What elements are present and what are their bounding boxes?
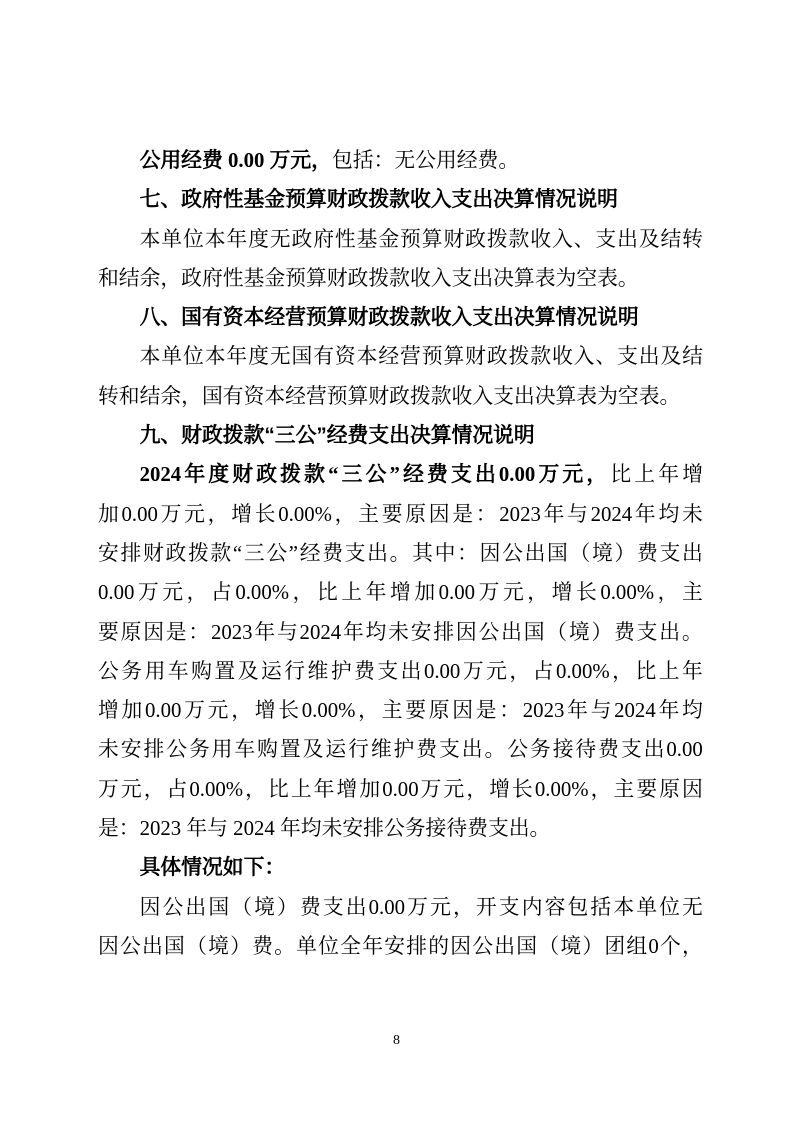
text-segment: 。 bbox=[484, 730, 505, 769]
text-segment: 主 bbox=[613, 770, 634, 809]
text-segment: 万 bbox=[184, 691, 205, 730]
text-segment: 境 bbox=[569, 613, 590, 652]
text-segment: 车 bbox=[168, 652, 189, 691]
text-segment: 政 bbox=[487, 337, 508, 376]
text-segment: 安 bbox=[384, 927, 405, 966]
text-segment: 0.00 bbox=[382, 770, 418, 809]
text-segment: 护 bbox=[331, 652, 352, 691]
text-segment: ， bbox=[612, 652, 633, 691]
text-segment: 原 bbox=[659, 770, 680, 809]
text-segment: 营 bbox=[400, 337, 421, 376]
text-segment: 年 bbox=[343, 613, 364, 652]
text-segment: 。 bbox=[274, 927, 295, 966]
text-segment: 2023 bbox=[211, 613, 253, 652]
text-segment: 长 bbox=[512, 770, 533, 809]
text-segment: ， bbox=[231, 691, 252, 730]
text-segment: “ bbox=[233, 534, 242, 573]
text-segment: 度 bbox=[208, 455, 229, 494]
text-segment: 上 bbox=[634, 455, 655, 494]
text-segment: 国 bbox=[164, 927, 185, 966]
text-segment: 元 bbox=[162, 573, 183, 612]
text-segment: 支 bbox=[499, 888, 520, 927]
text-line: 和结余，政府性基金预算财政拨款收入支出决算表为空表。 bbox=[98, 259, 703, 298]
text-segment: ， bbox=[682, 927, 703, 966]
text-segment: 出 bbox=[659, 613, 680, 652]
text-segment: 运 bbox=[325, 730, 346, 769]
text-segment: 0.00 bbox=[666, 730, 702, 769]
text-segment: 年 bbox=[658, 691, 679, 730]
text-segment: 0.00% bbox=[235, 573, 289, 612]
text-segment: 全 bbox=[340, 927, 361, 966]
text-segment: 因 bbox=[429, 495, 450, 534]
text-segment: 出 bbox=[462, 730, 483, 769]
text-segment: 费 bbox=[614, 613, 635, 652]
text-line: 2024年度财政拨款“三公”经费支出0.00万元，比上年增 bbox=[98, 455, 703, 494]
text-segment: 务 bbox=[121, 652, 142, 691]
text-segment: 长 bbox=[278, 691, 299, 730]
text-segment: 中 bbox=[435, 534, 456, 573]
text-segment: 均 bbox=[366, 613, 387, 652]
text-segment: 年 bbox=[254, 613, 275, 652]
text-segment: 款 bbox=[304, 455, 325, 494]
text-segment: 均 bbox=[682, 691, 703, 730]
text-line: 公用经费 0.00 万元，包括：无公用经费。 bbox=[98, 141, 703, 180]
text-segment: 与 bbox=[567, 495, 588, 534]
text-segment: 要 bbox=[98, 613, 119, 652]
text-segment: 款 bbox=[509, 220, 530, 259]
text-segment: 上 bbox=[341, 573, 362, 612]
text-segment: 无 bbox=[270, 220, 291, 259]
text-segment: 支 bbox=[595, 220, 616, 259]
text-segment: 费 bbox=[252, 927, 273, 966]
text-segment: 经 bbox=[300, 534, 321, 573]
text-segment: 0 bbox=[648, 927, 658, 966]
text-segment: ， bbox=[245, 770, 266, 809]
text-segment: 增 bbox=[552, 573, 573, 612]
text-segment: 八、国有资本经营预算财政拨款收入支出决算情况说明 bbox=[140, 306, 639, 329]
text-segment: 占 bbox=[533, 652, 554, 691]
text-line: 具体情况如下： bbox=[98, 848, 703, 887]
text-segment: 支 bbox=[345, 534, 366, 573]
text-segment: 出 bbox=[367, 534, 388, 573]
text-segment: 政 bbox=[256, 455, 277, 494]
text-segment: 0.00 bbox=[98, 573, 134, 612]
text-segment: ” bbox=[390, 455, 400, 494]
text-segment: 。 bbox=[390, 534, 411, 573]
text-segment: 是 bbox=[476, 691, 497, 730]
text-segment: 度 bbox=[248, 220, 269, 259]
text-segment: 三 bbox=[342, 455, 363, 494]
text-segment: 支 bbox=[637, 613, 658, 652]
text-segment: ， bbox=[187, 573, 208, 612]
text-segment: 原 bbox=[405, 495, 426, 534]
text-segment: 置 bbox=[214, 652, 235, 691]
text-segment: 的 bbox=[428, 927, 449, 966]
text-segment: 费 bbox=[427, 455, 448, 494]
text-segment: 三 bbox=[244, 534, 265, 573]
text-segment: 元 bbox=[208, 691, 229, 730]
text-segment: 未 bbox=[388, 613, 409, 652]
text-segment: 务 bbox=[189, 730, 210, 769]
text-segment: 比 bbox=[268, 770, 289, 809]
text-segment: 出 bbox=[346, 888, 367, 927]
text-segment: 公 bbox=[163, 888, 184, 927]
text-segment: 支 bbox=[659, 534, 680, 573]
text-segment: 置 bbox=[280, 730, 301, 769]
text-segment: 费 bbox=[300, 888, 321, 927]
text-segment: 本 bbox=[140, 337, 161, 376]
text-segment: 万 bbox=[479, 573, 500, 612]
text-segment: 0.00 bbox=[122, 495, 158, 534]
text-segment: 排 bbox=[406, 927, 427, 966]
text-segment: 国 bbox=[547, 534, 568, 573]
text-segment: 拨 bbox=[509, 337, 530, 376]
text-segment: 支 bbox=[439, 730, 460, 769]
text-segment: 本 bbox=[357, 337, 378, 376]
text-segment: 支 bbox=[621, 730, 642, 769]
text-segment: ， bbox=[591, 770, 612, 809]
text-segment: 及 bbox=[238, 652, 259, 691]
text-segment: 转和结余，国有资本经营预算财政拨款收入支出决算表为空表。 bbox=[98, 385, 680, 408]
text-segment: （ bbox=[538, 927, 559, 966]
text-segment: 用 bbox=[145, 652, 166, 691]
text-segment: 增 bbox=[489, 770, 510, 809]
text-segment: 排 bbox=[143, 730, 164, 769]
text-segment: 预 bbox=[400, 220, 421, 259]
text-segment: 结 bbox=[660, 220, 681, 259]
text-segment: 0.00% bbox=[278, 495, 332, 534]
text-segment: 公 bbox=[479, 613, 500, 652]
text-segment: ， bbox=[509, 652, 530, 691]
text-segment: 年 bbox=[226, 220, 247, 259]
text-segment: 0.00% bbox=[535, 770, 589, 809]
text-segment: 购 bbox=[191, 652, 212, 691]
text-segment: 府 bbox=[313, 220, 334, 259]
text-segment: 年 bbox=[226, 337, 247, 376]
text-segment: 比 bbox=[635, 652, 656, 691]
text-line: 因公出国（境）费支出0.00万元，开支内容包括本单位无 bbox=[98, 888, 703, 927]
text-segment: 公 bbox=[472, 927, 493, 966]
text-segment: 算 bbox=[443, 337, 464, 376]
text-segment: 年 bbox=[362, 927, 383, 966]
text-line: 未安排公务用车购置及运行维护费支出。公务接待费支出0.00 bbox=[98, 730, 703, 769]
text-segment: ） bbox=[230, 927, 251, 966]
text-segment: 费 bbox=[637, 534, 658, 573]
text-segment: 比 bbox=[610, 455, 631, 494]
text-segment: 单 bbox=[161, 220, 182, 259]
text-segment: 安 bbox=[121, 730, 142, 769]
text-segment: 0.00 bbox=[424, 652, 460, 691]
text-segment: ） bbox=[615, 534, 636, 573]
text-segment: ， bbox=[358, 691, 379, 730]
text-segment: 2024 bbox=[591, 495, 633, 534]
text-segment: 元 bbox=[184, 495, 205, 534]
text-segment: 及 bbox=[639, 220, 660, 259]
text-segment: 与 bbox=[277, 613, 298, 652]
text-segment: 接 bbox=[553, 730, 574, 769]
text-segment: 括 bbox=[590, 888, 611, 927]
document-content: 公用经费 0.00 万元，包括：无公用经费。七、政府性基金预算财政拨款收入支出决… bbox=[98, 141, 703, 966]
text-segment: ， bbox=[527, 573, 548, 612]
text-segment: ） bbox=[277, 888, 298, 927]
text-segment: 有 bbox=[313, 337, 334, 376]
text-segment: 境 bbox=[254, 888, 275, 927]
text-line: 公务用车购置及运行维护费支出0.00万元，占0.00%，比上年 bbox=[98, 652, 703, 691]
text-segment: 用 bbox=[212, 730, 233, 769]
text-segment: 包括：无公用经费。 bbox=[332, 149, 519, 172]
text-segment: 主 bbox=[382, 691, 403, 730]
text-segment: 款 bbox=[210, 534, 231, 573]
text-segment: 公用经费 0.00 万元， bbox=[140, 149, 332, 172]
text-segment: 本 bbox=[140, 220, 161, 259]
text-segment: ， bbox=[453, 888, 474, 927]
text-segment: 比 bbox=[317, 573, 338, 612]
text-segment: 因 bbox=[682, 770, 703, 809]
text-segment: 待 bbox=[575, 730, 596, 769]
text-segment: 增 bbox=[682, 455, 703, 494]
text-segment: 2024 bbox=[140, 455, 182, 494]
text-segment: 务 bbox=[530, 730, 551, 769]
text-segment: 七、政府性基金预算财政拨款收入支出决算情况说明 bbox=[140, 188, 618, 211]
text-segment: 年 bbox=[635, 495, 656, 534]
text-segment: 维 bbox=[371, 730, 392, 769]
text-segment: 公 bbox=[502, 534, 523, 573]
text-segment: ， bbox=[208, 495, 229, 534]
text-segment: 要 bbox=[405, 691, 426, 730]
text-segment: 主 bbox=[682, 573, 703, 612]
text-segment: 金 bbox=[378, 220, 399, 259]
text-segment: 加 bbox=[122, 691, 143, 730]
text-segment: 拨 bbox=[188, 534, 209, 573]
text-segment: 年 bbox=[682, 652, 703, 691]
text-segment: 位 bbox=[183, 220, 204, 259]
text-segment: 公 bbox=[166, 730, 187, 769]
text-segment: ， bbox=[658, 573, 679, 612]
text-segment: 公 bbox=[366, 455, 387, 494]
text-segment: 出 bbox=[682, 534, 703, 573]
text-segment: 资 bbox=[335, 337, 356, 376]
text-segment: 转 bbox=[682, 220, 703, 259]
heading-line: 八、国有资本经营预算财政拨款收入支出决算情况说明 bbox=[98, 298, 703, 337]
text-segment: 费 bbox=[598, 730, 619, 769]
text-segment: 上 bbox=[291, 770, 312, 809]
text-segment: 年 bbox=[366, 573, 387, 612]
text-segment: 经 bbox=[378, 337, 399, 376]
text-segment: ， bbox=[335, 495, 356, 534]
text-segment: 出 bbox=[142, 927, 163, 966]
text-segment: 增 bbox=[98, 691, 119, 730]
text-segment: 出 bbox=[401, 652, 422, 691]
text-segment: 0.00% bbox=[556, 652, 610, 691]
text-segment: 加 bbox=[359, 770, 380, 809]
text-segment: 算 bbox=[422, 220, 443, 259]
text-segment: 万 bbox=[421, 770, 442, 809]
text-segment: 要 bbox=[382, 495, 403, 534]
text-segment: 因 bbox=[452, 691, 473, 730]
text-segment: 包 bbox=[568, 888, 589, 927]
text-segment: 与 bbox=[591, 691, 612, 730]
text-segment: ， bbox=[144, 770, 165, 809]
text-segment: 因 bbox=[480, 534, 501, 573]
text-segment: 万 bbox=[138, 573, 159, 612]
text-segment: ： bbox=[499, 691, 520, 730]
text-segment: 年 bbox=[567, 691, 588, 730]
text-line: 是：2023 年与 2024 年均未安排公务接待费支出。 bbox=[98, 809, 703, 848]
text-segment: 收 bbox=[530, 220, 551, 259]
text-segment: 2023 bbox=[523, 691, 565, 730]
text-segment: 公 bbox=[98, 652, 119, 691]
text-segment: ， bbox=[466, 770, 487, 809]
text-segment: 本 bbox=[205, 220, 226, 259]
text-segment: 是 bbox=[166, 613, 187, 652]
text-segment: 长 bbox=[255, 495, 276, 534]
text-segment: 2023 bbox=[499, 495, 541, 534]
text-segment: 组 bbox=[626, 927, 647, 966]
text-segment: 九、财政拨款“三公”经费支出决算情况说明 bbox=[140, 424, 535, 447]
text-segment: 安 bbox=[411, 613, 432, 652]
text-segment: 单 bbox=[636, 888, 657, 927]
text-segment: 是：2023 年与 2024 年均未安排公务接待费支出。 bbox=[98, 817, 550, 840]
text-segment: 增 bbox=[390, 573, 411, 612]
text-segment: 出 bbox=[639, 337, 660, 376]
text-line: 0.00万元，占0.00%，比上年增加0.00万元，增长0.00%，主 bbox=[98, 573, 703, 612]
text-segment: 年 bbox=[314, 770, 335, 809]
text-segment: 。 bbox=[682, 613, 703, 652]
text-line: 加0.00万元，增长0.00%，主要原因是：2023年与2024年均未 bbox=[98, 495, 703, 534]
text-segment: 万 bbox=[98, 770, 119, 809]
text-segment: 元 bbox=[444, 770, 465, 809]
text-segment: 均 bbox=[658, 495, 679, 534]
text-segment: 和结余，政府性基金预算财政拨款收入支出决算表为空表。 bbox=[98, 267, 639, 290]
text-segment: ） bbox=[591, 613, 612, 652]
text-segment: 出 bbox=[185, 888, 206, 927]
text-segment: 公 bbox=[120, 927, 141, 966]
text-segment: 费 bbox=[354, 652, 375, 691]
text-segment: 团 bbox=[604, 927, 625, 966]
text-segment: 车 bbox=[234, 730, 255, 769]
text-segment: 及 bbox=[660, 337, 681, 376]
text-segment: 基 bbox=[357, 220, 378, 259]
text-segment: 出 bbox=[475, 455, 496, 494]
text-segment: 要 bbox=[636, 770, 657, 809]
text-segment: 维 bbox=[308, 652, 329, 691]
text-segment: 护 bbox=[394, 730, 415, 769]
text-segment: 无 bbox=[270, 337, 291, 376]
text-segment: 因 bbox=[450, 927, 471, 966]
text-segment: 出 bbox=[644, 730, 665, 769]
text-segment: 2024 bbox=[614, 691, 656, 730]
text-segment: 境 bbox=[592, 534, 613, 573]
text-segment: 无 bbox=[682, 888, 703, 927]
text-segment: 财 bbox=[465, 337, 486, 376]
text-segment: 、 bbox=[574, 220, 595, 259]
text-segment: 支 bbox=[617, 337, 638, 376]
text-segment: （ bbox=[546, 613, 567, 652]
text-segment: 万 bbox=[538, 455, 559, 494]
text-segment: 元 bbox=[486, 652, 507, 691]
text-segment: 结 bbox=[682, 337, 703, 376]
text-segment: 排 bbox=[120, 534, 141, 573]
text-segment: 具体情况如下： bbox=[140, 856, 286, 879]
text-segment: 性 bbox=[335, 220, 356, 259]
text-segment: 、 bbox=[595, 337, 616, 376]
text-segment: 经 bbox=[403, 455, 424, 494]
text-segment: 安 bbox=[98, 534, 119, 573]
text-segment: ： bbox=[457, 534, 478, 573]
text-segment: 入 bbox=[574, 337, 595, 376]
text-segment: 国 bbox=[292, 337, 313, 376]
text-segment: 元 bbox=[121, 770, 142, 809]
text-line: 万元，占0.00%，比上年增加0.00万元，增长0.00%，主要原因 bbox=[98, 770, 703, 809]
document-page: 公用经费 0.00 万元，包括：无公用经费。七、政府性基金预算财政拨款收入支出决… bbox=[0, 0, 793, 1122]
text-segment: 位 bbox=[659, 888, 680, 927]
text-segment: ” bbox=[289, 534, 298, 573]
text-segment: 原 bbox=[429, 691, 450, 730]
text-segment: 内 bbox=[522, 888, 543, 927]
text-segment: 增 bbox=[231, 495, 252, 534]
text-segment: 加 bbox=[98, 495, 119, 534]
text-segment: 因 bbox=[98, 927, 119, 966]
text-segment: 2024 bbox=[300, 613, 342, 652]
text-segment: 占 bbox=[167, 770, 188, 809]
text-segment: 开 bbox=[476, 888, 497, 927]
text-segment: 出 bbox=[617, 220, 638, 259]
text-line: 转和结余，国有资本经营预算财政拨款收入支出决算表为空表。 bbox=[98, 377, 703, 416]
text-segment: “ bbox=[328, 455, 338, 494]
text-segment: ， bbox=[293, 573, 314, 612]
text-segment: 原 bbox=[121, 613, 142, 652]
text-segment: 预 bbox=[422, 337, 443, 376]
text-segment: 支 bbox=[377, 652, 398, 691]
text-segment: 行 bbox=[284, 652, 305, 691]
text-segment: 政 bbox=[292, 220, 313, 259]
text-segment: 元 bbox=[562, 455, 583, 494]
text-segment: 上 bbox=[659, 652, 680, 691]
text-segment: 出 bbox=[501, 613, 522, 652]
text-segment: 排 bbox=[433, 613, 454, 652]
text-line: 要原因是：2023年与2024年均未安排因公出国（境）费支出。 bbox=[98, 613, 703, 652]
text-segment: 0.00 bbox=[145, 691, 181, 730]
text-segment: 政 bbox=[165, 534, 186, 573]
text-segment: 0.00 bbox=[439, 573, 475, 612]
text-segment: 增 bbox=[255, 691, 276, 730]
text-segment: 占 bbox=[211, 573, 232, 612]
text-segment: 运 bbox=[261, 652, 282, 691]
page-number: 8 bbox=[393, 1033, 400, 1048]
text-segment: 元 bbox=[503, 573, 524, 612]
text-segment: 万 bbox=[161, 495, 182, 534]
text-segment: 政 bbox=[465, 220, 486, 259]
text-segment: 因 bbox=[140, 888, 161, 927]
text-segment: 财 bbox=[143, 534, 164, 573]
text-segment: 国 bbox=[524, 613, 545, 652]
text-segment: 0.00% bbox=[600, 573, 654, 612]
text-segment: 拨 bbox=[487, 220, 508, 259]
text-segment: 出 bbox=[494, 927, 515, 966]
heading-line: 九、财政拨款“三公”经费支出决算情况说明 bbox=[98, 416, 703, 455]
text-segment: 公 bbox=[266, 534, 287, 573]
text-segment: 财 bbox=[232, 455, 253, 494]
text-segment: 收 bbox=[552, 337, 573, 376]
text-segment: 0.00% bbox=[189, 770, 243, 809]
text-segment: （ bbox=[231, 888, 252, 927]
text-segment: 费 bbox=[416, 730, 437, 769]
text-segment: 位 bbox=[318, 927, 339, 966]
text-segment: 未 bbox=[682, 495, 703, 534]
text-segment: 及 bbox=[303, 730, 324, 769]
text-segment: 国 bbox=[208, 888, 229, 927]
text-segment: 本 bbox=[613, 888, 634, 927]
